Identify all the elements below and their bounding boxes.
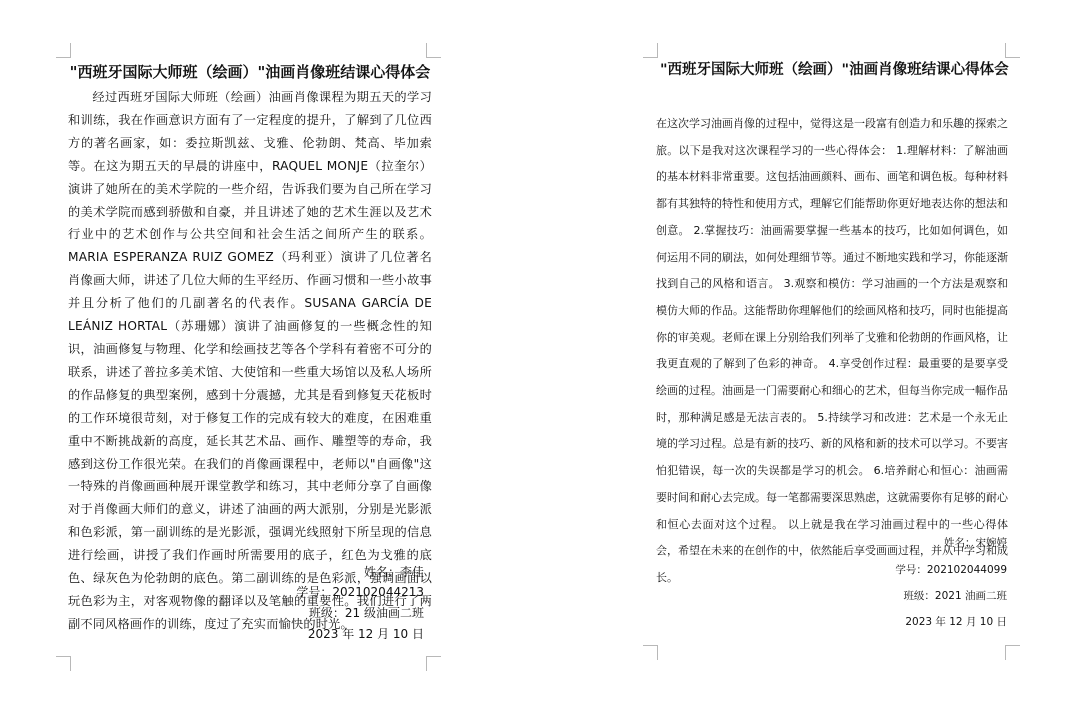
signature-date: 2023 年 12 月 10 日 — [905, 612, 1007, 632]
document-body: 经过西班牙国际大师班（绘画）油画肖像课程为期五天的学习和训练，我在作画意识方面有… — [68, 86, 432, 636]
crop-mark-bottom-right — [1005, 645, 1020, 660]
crop-mark-top-right — [1005, 43, 1020, 58]
signature-student-id: 学号：202102044213 — [296, 582, 424, 602]
signature-class: 班级：2021 油画二班 — [903, 586, 1007, 606]
crop-mark-top-right — [426, 43, 441, 58]
signature-name: 姓名：李佳 — [364, 562, 424, 582]
document-title: "西班牙国际大师班（绘画）"油画肖像班结课心得体会 — [60, 62, 440, 82]
signature-student-id: 学号：202102044099 — [895, 560, 1007, 580]
crop-mark-top-left — [643, 43, 658, 58]
crop-mark-bottom-left — [643, 645, 658, 660]
signature-date: 2023 年 12 月 10 日 — [308, 624, 424, 644]
document-body: 在这次学习油画肖像的过程中，觉得这是一段富有创造力和乐趣的探索之旅。以下是我对这… — [656, 111, 1008, 592]
document-page-right: "西班牙国际大师班（绘画）"油画肖像班结课心得体会 在这次学习油画肖像的过程中，… — [590, 0, 1080, 702]
crop-mark-top-left — [56, 43, 71, 58]
signature-name: 姓名：宋婉婷 — [944, 533, 1007, 553]
document-page-left: "西班牙国际大师班（绘画）"油画肖像班结课心得体会 经过西班牙国际大师班（绘画）… — [0, 0, 500, 702]
crop-mark-bottom-right — [426, 656, 441, 671]
crop-mark-bottom-left — [56, 656, 71, 671]
signature-class: 班级：21 级油画二班 — [309, 603, 424, 623]
document-title: "西班牙国际大师班（绘画）"油画肖像班结课心得体会 — [660, 60, 990, 80]
